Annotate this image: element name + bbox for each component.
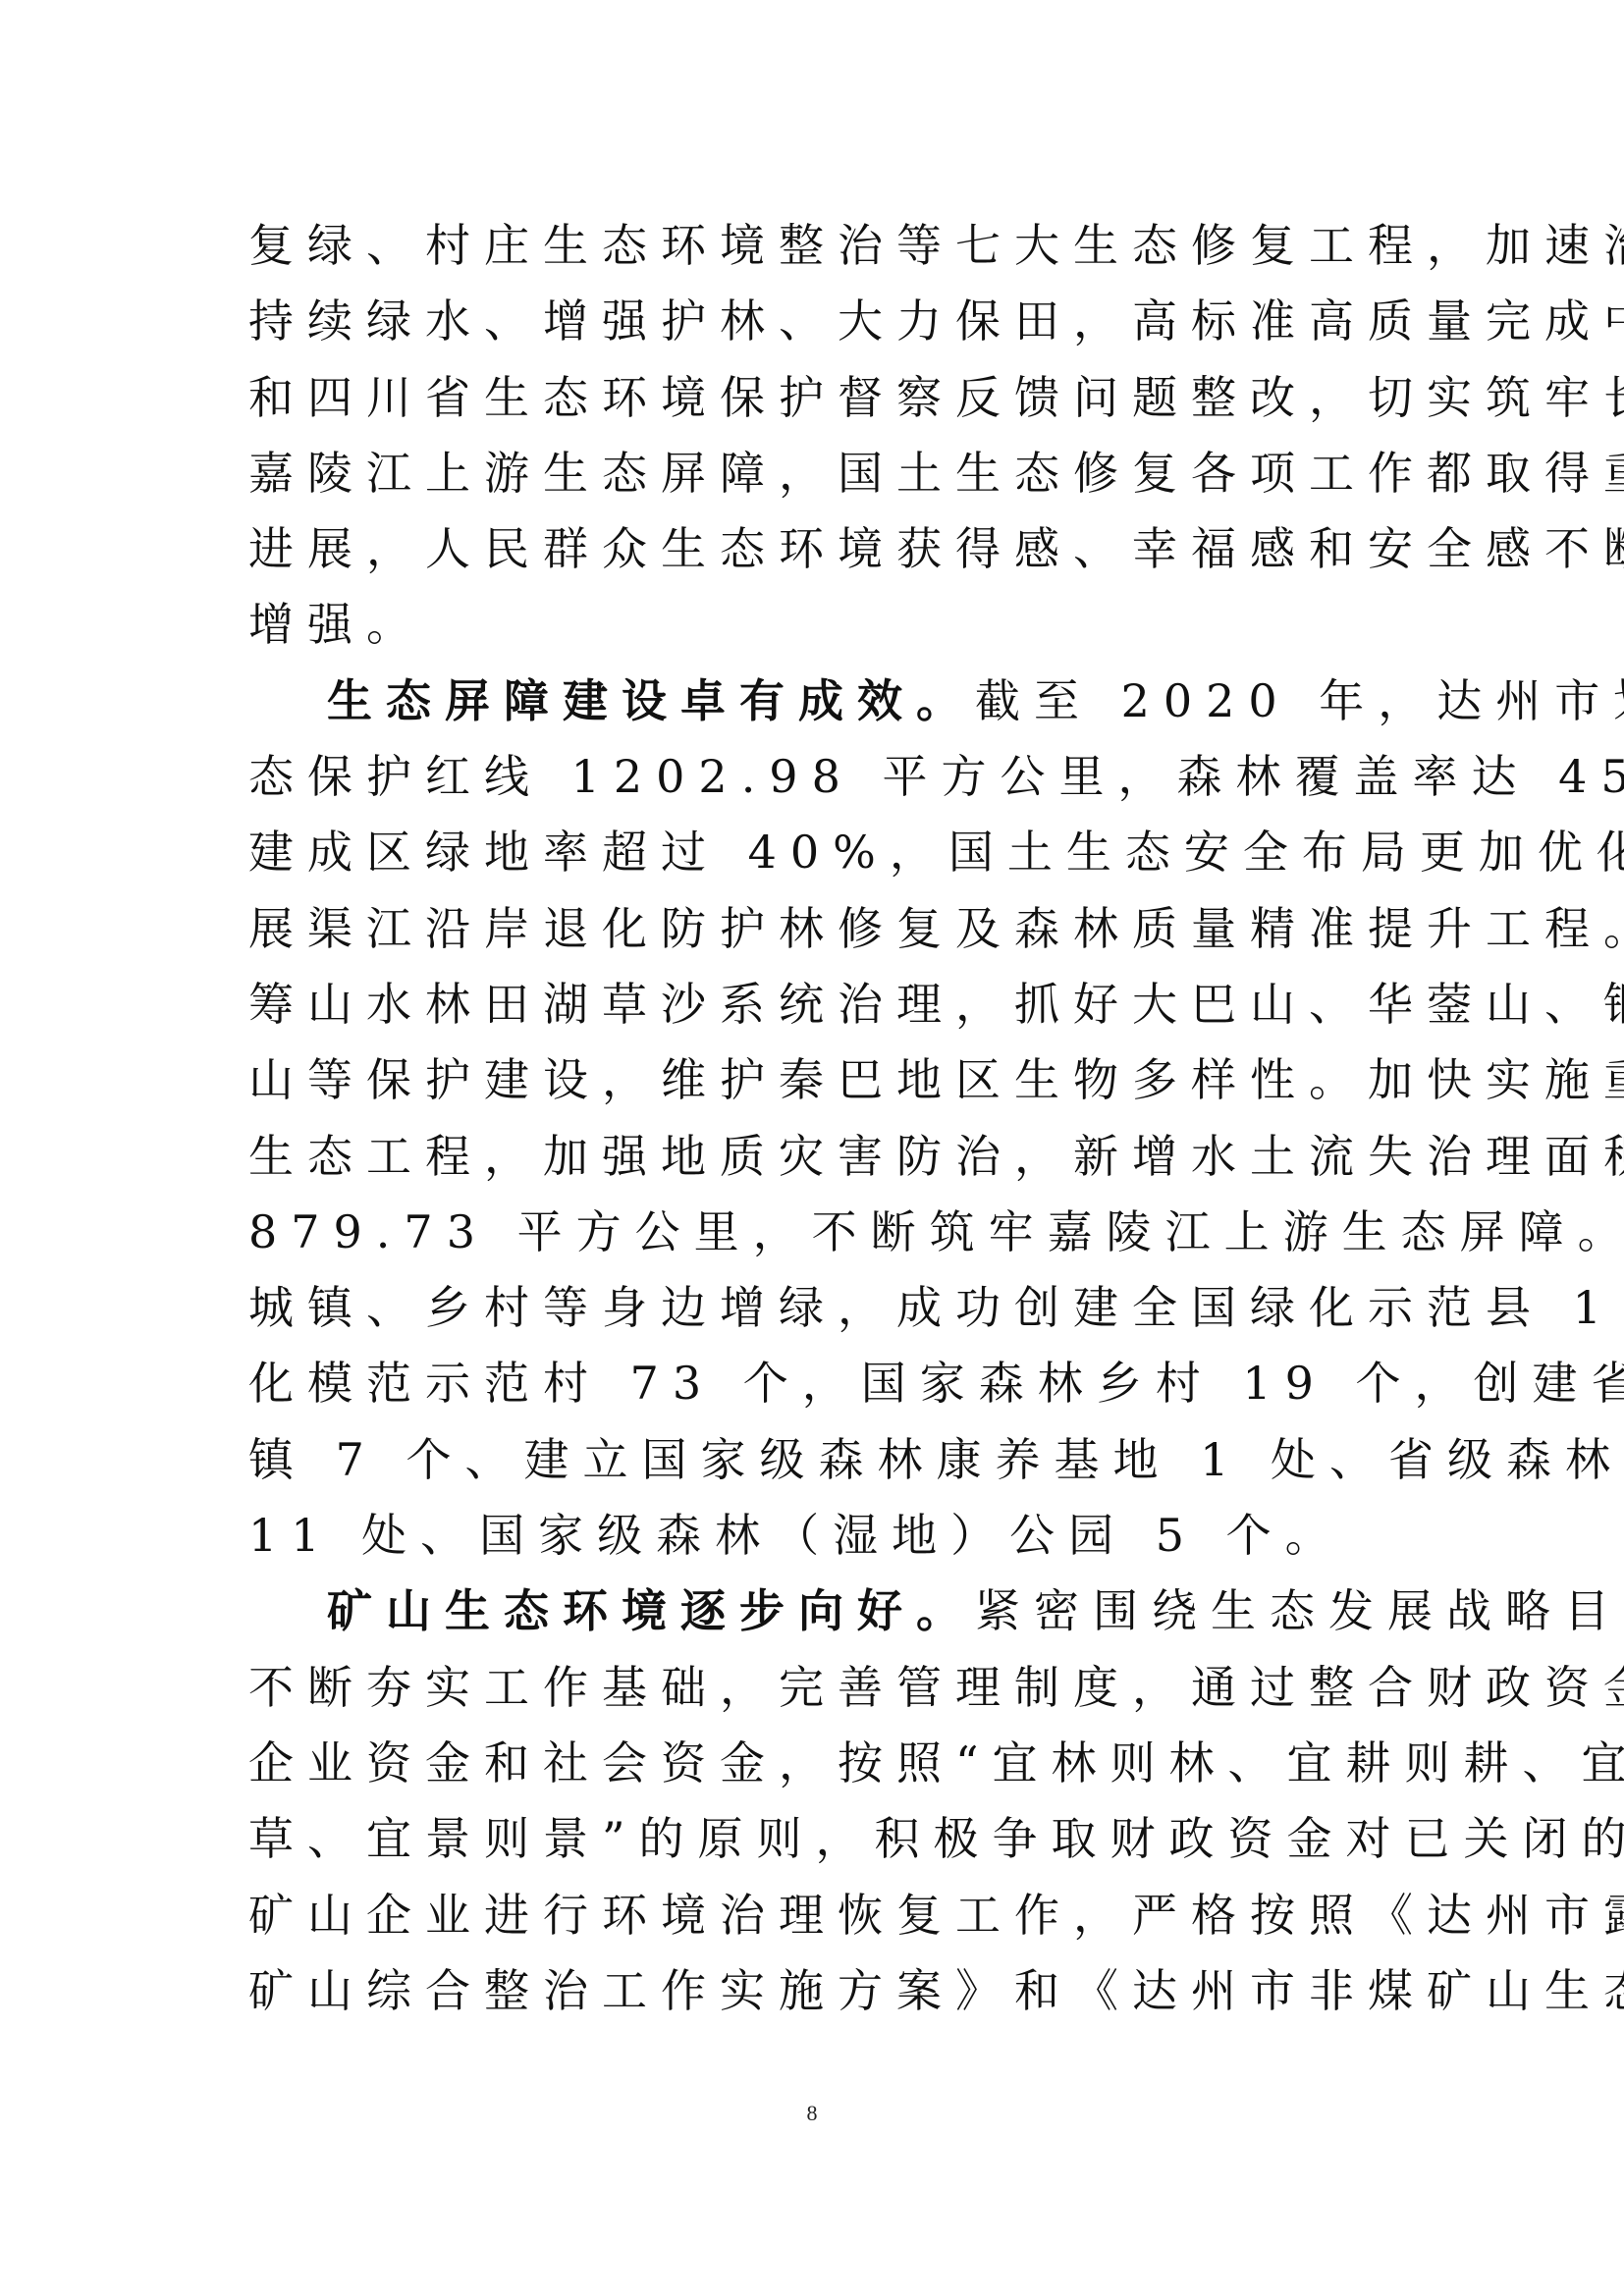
paragraph-3-line-4: 草、宜景则景”的原则，积极争取财政资金对已关闭的无主 [248, 1801, 1387, 1877]
paragraph-2-heading: 生态屏障建设卓有成效。 [327, 674, 975, 727]
paragraph-1-line-1: 复绿、村庄生态环境整治等七大生态修复工程，加速治山、 [248, 208, 1387, 284]
paragraph-2-first-line-text: 截至 2020 年，达州市划定生 [975, 674, 1624, 727]
paragraph-1-line-4: 嘉陵江上游生态屏障，国土生态修复各项工作都取得重要 [248, 436, 1387, 511]
paragraph-3-line-5: 矿山企业进行环境治理恢复工作，严格按照《达州市露天 [248, 1878, 1387, 1953]
paragraph-2-line-7: 生态工程，加强地质灾害防治，新增水土流失治理面积 [248, 1119, 1387, 1195]
paragraph-2-line-6: 山等保护建设，维护秦巴地区生物多样性。加快实施重点 [248, 1042, 1387, 1118]
paragraph-3-heading: 矿山生态环境逐步向好。 [327, 1584, 975, 1637]
document-page: 复绿、村庄生态环境整治等七大生态修复工程，加速治山、 持续绿水、增强护林、大力保… [0, 0, 1624, 2296]
document-body: 复绿、村庄生态环境整治等七大生态修复工程，加速治山、 持续绿水、增强护林、大力保… [248, 208, 1387, 2029]
page-number: 8 [0, 2101, 1624, 2126]
paragraph-3-first-line: 矿山生态环境逐步向好。紧密围绕生态发展战略目标， [248, 1574, 1387, 1649]
paragraph-3-first-line-text: 紧密围绕生态发展战略目标， [975, 1584, 1624, 1637]
paragraph-2-first-line: 生态屏障建设卓有成效。截至 2020 年，达州市划定生 [248, 664, 1387, 739]
paragraph-2-line-11: 镇 7 个、建立国家级森林康养基地 1 处、省级森林康养基地 [248, 1422, 1387, 1498]
paragraph-2-line-2: 态保护红线 1202.98 平方公里，森林覆盖率达 45. 3 %，城市 [248, 739, 1387, 815]
paragraph-1-line-2: 持续绿水、增强护林、大力保田，高标准高质量完成中央 [248, 284, 1387, 359]
paragraph-2-line-9: 城镇、乡村等身边增绿，成功创建全国绿化示范县 1 个，绿 [248, 1270, 1387, 1346]
paragraph-1-line-3: 和四川省生态环境保护督察反馈问题整改，切实筑牢长江、 [248, 360, 1387, 436]
paragraph-3-line-2: 不断夯实工作基础，完善管理制度，通过整合财政资金、 [248, 1650, 1387, 1726]
paragraph-3-line-3: 企业资金和社会资金，按照“宜林则林、宜耕则耕、宜草则 [248, 1726, 1387, 1801]
paragraph-1-line-6: 增强。 [248, 587, 1387, 663]
paragraph-2-line-12: 11 处、国家级森林（湿地）公园 5 个。 [248, 1498, 1387, 1574]
paragraph-2-line-3: 建成区绿地率超过 40%，国土生态安全布局更加优化。开 [248, 815, 1387, 890]
paragraph-3-line-6: 矿山综合整治工作实施方案》和《达州市非煤矿山生态环 [248, 1953, 1387, 2029]
paragraph-2-line-4: 展渠江沿岸退化防护林修复及森林质量精准提升工程。统 [248, 891, 1387, 967]
paragraph-2-line-5: 筹山水林田湖草沙系统治理，抓好大巴山、华蓥山、铜锣 [248, 967, 1387, 1042]
paragraph-2-line-10: 化模范示范村 73 个，国家森林乡村 19 个，创建省级森林小 [248, 1346, 1387, 1421]
paragraph-2-line-8: 879.73 平方公里，不断筑牢嘉陵江上游生态屏障。积极推进 [248, 1195, 1387, 1270]
paragraph-1-line-5: 进展，人民群众生态环境获得感、幸福感和安全感不断地 [248, 511, 1387, 587]
